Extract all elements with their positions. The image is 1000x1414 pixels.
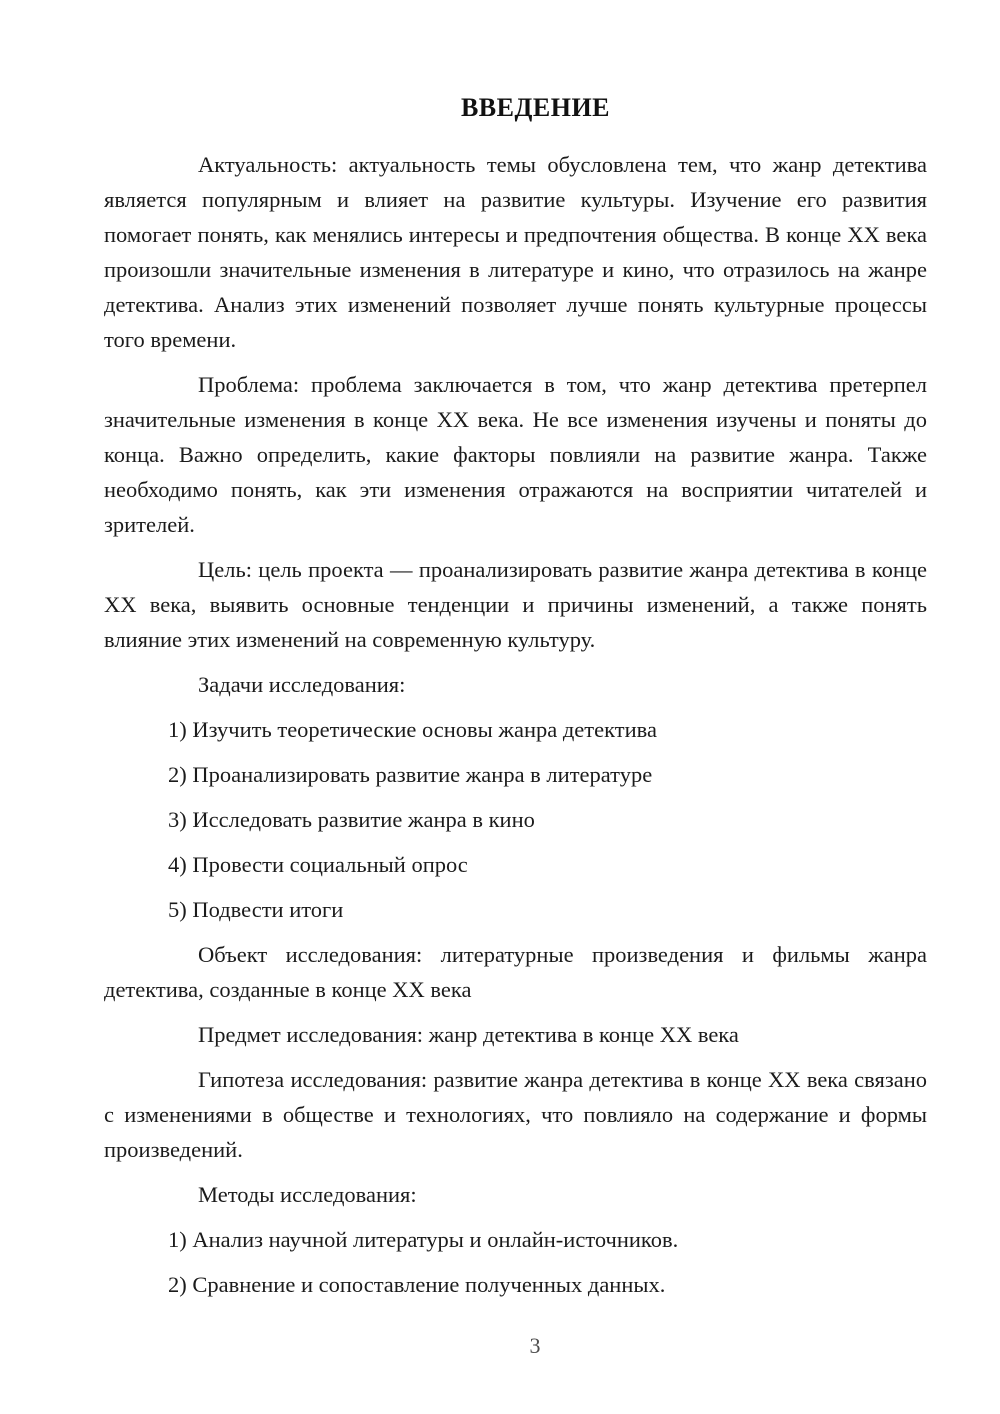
paragraph-subject: Предмет исследования: жанр детектива в к… bbox=[104, 1017, 927, 1052]
task-item: 1) Изучить теоретические основы жанра де… bbox=[104, 712, 927, 747]
method-item: 2) Сравнение и сопоставление полученных … bbox=[104, 1267, 927, 1302]
tasks-label: Задачи исследования: bbox=[104, 667, 927, 702]
method-item: 1) Анализ научной литературы и онлайн-ис… bbox=[104, 1222, 927, 1257]
task-item: 2) Проанализировать развитие жанра в лит… bbox=[104, 757, 927, 792]
document-page: ВВЕДЕНИЕ Актуальность: актуальность темы… bbox=[0, 0, 1000, 1414]
paragraph-goal: Цель: цель проекта — проанализировать ра… bbox=[104, 552, 927, 657]
task-item: 3) Исследовать развитие жанра в кино bbox=[104, 802, 927, 837]
paragraph-relevance: Актуальность: актуальность темы обусловл… bbox=[104, 147, 927, 357]
paragraph-hypothesis: Гипотеза исследования: развитие жанра де… bbox=[104, 1062, 927, 1167]
methods-label: Методы исследования: bbox=[104, 1177, 927, 1212]
text-body: ВВЕДЕНИЕ Актуальность: актуальность темы… bbox=[104, 0, 927, 1312]
task-item: 4) Провести социальный опрос bbox=[104, 847, 927, 882]
page-number: 3 bbox=[530, 1332, 541, 1360]
paragraph-problem: Проблема: проблема заключается в том, чт… bbox=[104, 367, 927, 542]
task-item: 5) Подвести итоги bbox=[104, 892, 927, 927]
paragraph-object: Объект исследования: литературные произв… bbox=[104, 937, 927, 1007]
section-heading: ВВЕДЕНИЕ bbox=[104, 93, 927, 123]
